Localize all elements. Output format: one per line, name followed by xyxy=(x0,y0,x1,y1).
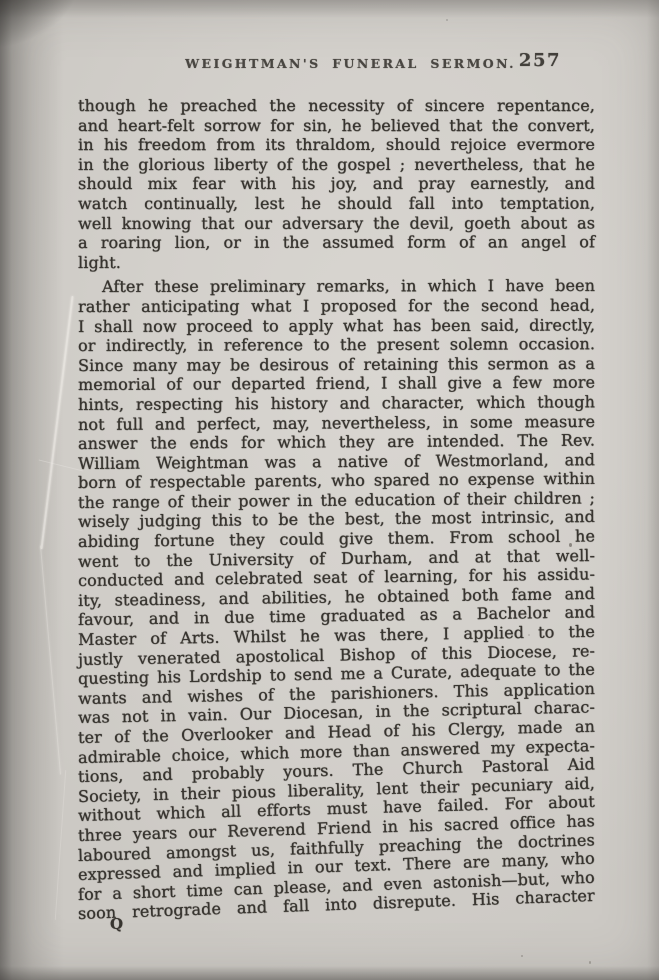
text-line: hints, respecting his history and charac… xyxy=(78,392,595,414)
running-header: WEIGHTMAN'S FUNERAL SERMON. 257 xyxy=(78,53,595,75)
text-line: a roaring lion, or in the assumed form o… xyxy=(78,232,595,252)
text-line: rather anticipating what I proposed for … xyxy=(78,296,595,317)
paper-crease xyxy=(40,296,73,549)
text-line: I shall now proceed to apply what has be… xyxy=(78,315,595,336)
book-page-scan: WEIGHTMAN'S FUNERAL SERMON. 257 though h… xyxy=(0,0,659,980)
text-line: light. xyxy=(78,252,595,273)
printer-signature-mark: Q xyxy=(110,915,123,933)
ink-speck xyxy=(589,961,591,964)
page-number: 257 xyxy=(519,50,561,71)
paper-crease xyxy=(55,770,66,920)
body-text: though he preached the necessity of sinc… xyxy=(78,96,595,924)
text-line: though he preached the necessity of sinc… xyxy=(78,96,595,116)
text-line: watch continually, lest he should fall i… xyxy=(78,194,595,214)
text-line: in the glorious liberty of the gospel ; … xyxy=(78,155,595,175)
text-line: and heart-felt sorrow for sin, he believ… xyxy=(78,116,595,136)
paragraph: though he preached the necessity of sinc… xyxy=(78,96,595,272)
text-line: After these preliminary remarks, in whic… xyxy=(78,276,595,297)
ink-speck xyxy=(446,19,448,21)
text-line: memorial of our departed friend, I shall… xyxy=(78,373,595,395)
running-title: WEIGHTMAN'S FUNERAL SERMON. xyxy=(185,56,516,71)
paper-crease xyxy=(40,545,61,774)
paper-crease xyxy=(39,459,84,471)
paragraph: After these preliminary remarks, in whic… xyxy=(78,277,595,924)
text-line: in his freedom from its thraldom, should… xyxy=(78,135,595,155)
ink-speck xyxy=(521,955,523,957)
text-line: should mix fear with his joy, and pray e… xyxy=(78,174,595,194)
text-line: well knowing that our adversary the devi… xyxy=(78,213,595,233)
text-line: or indirectly, in reference to the prese… xyxy=(78,334,595,355)
